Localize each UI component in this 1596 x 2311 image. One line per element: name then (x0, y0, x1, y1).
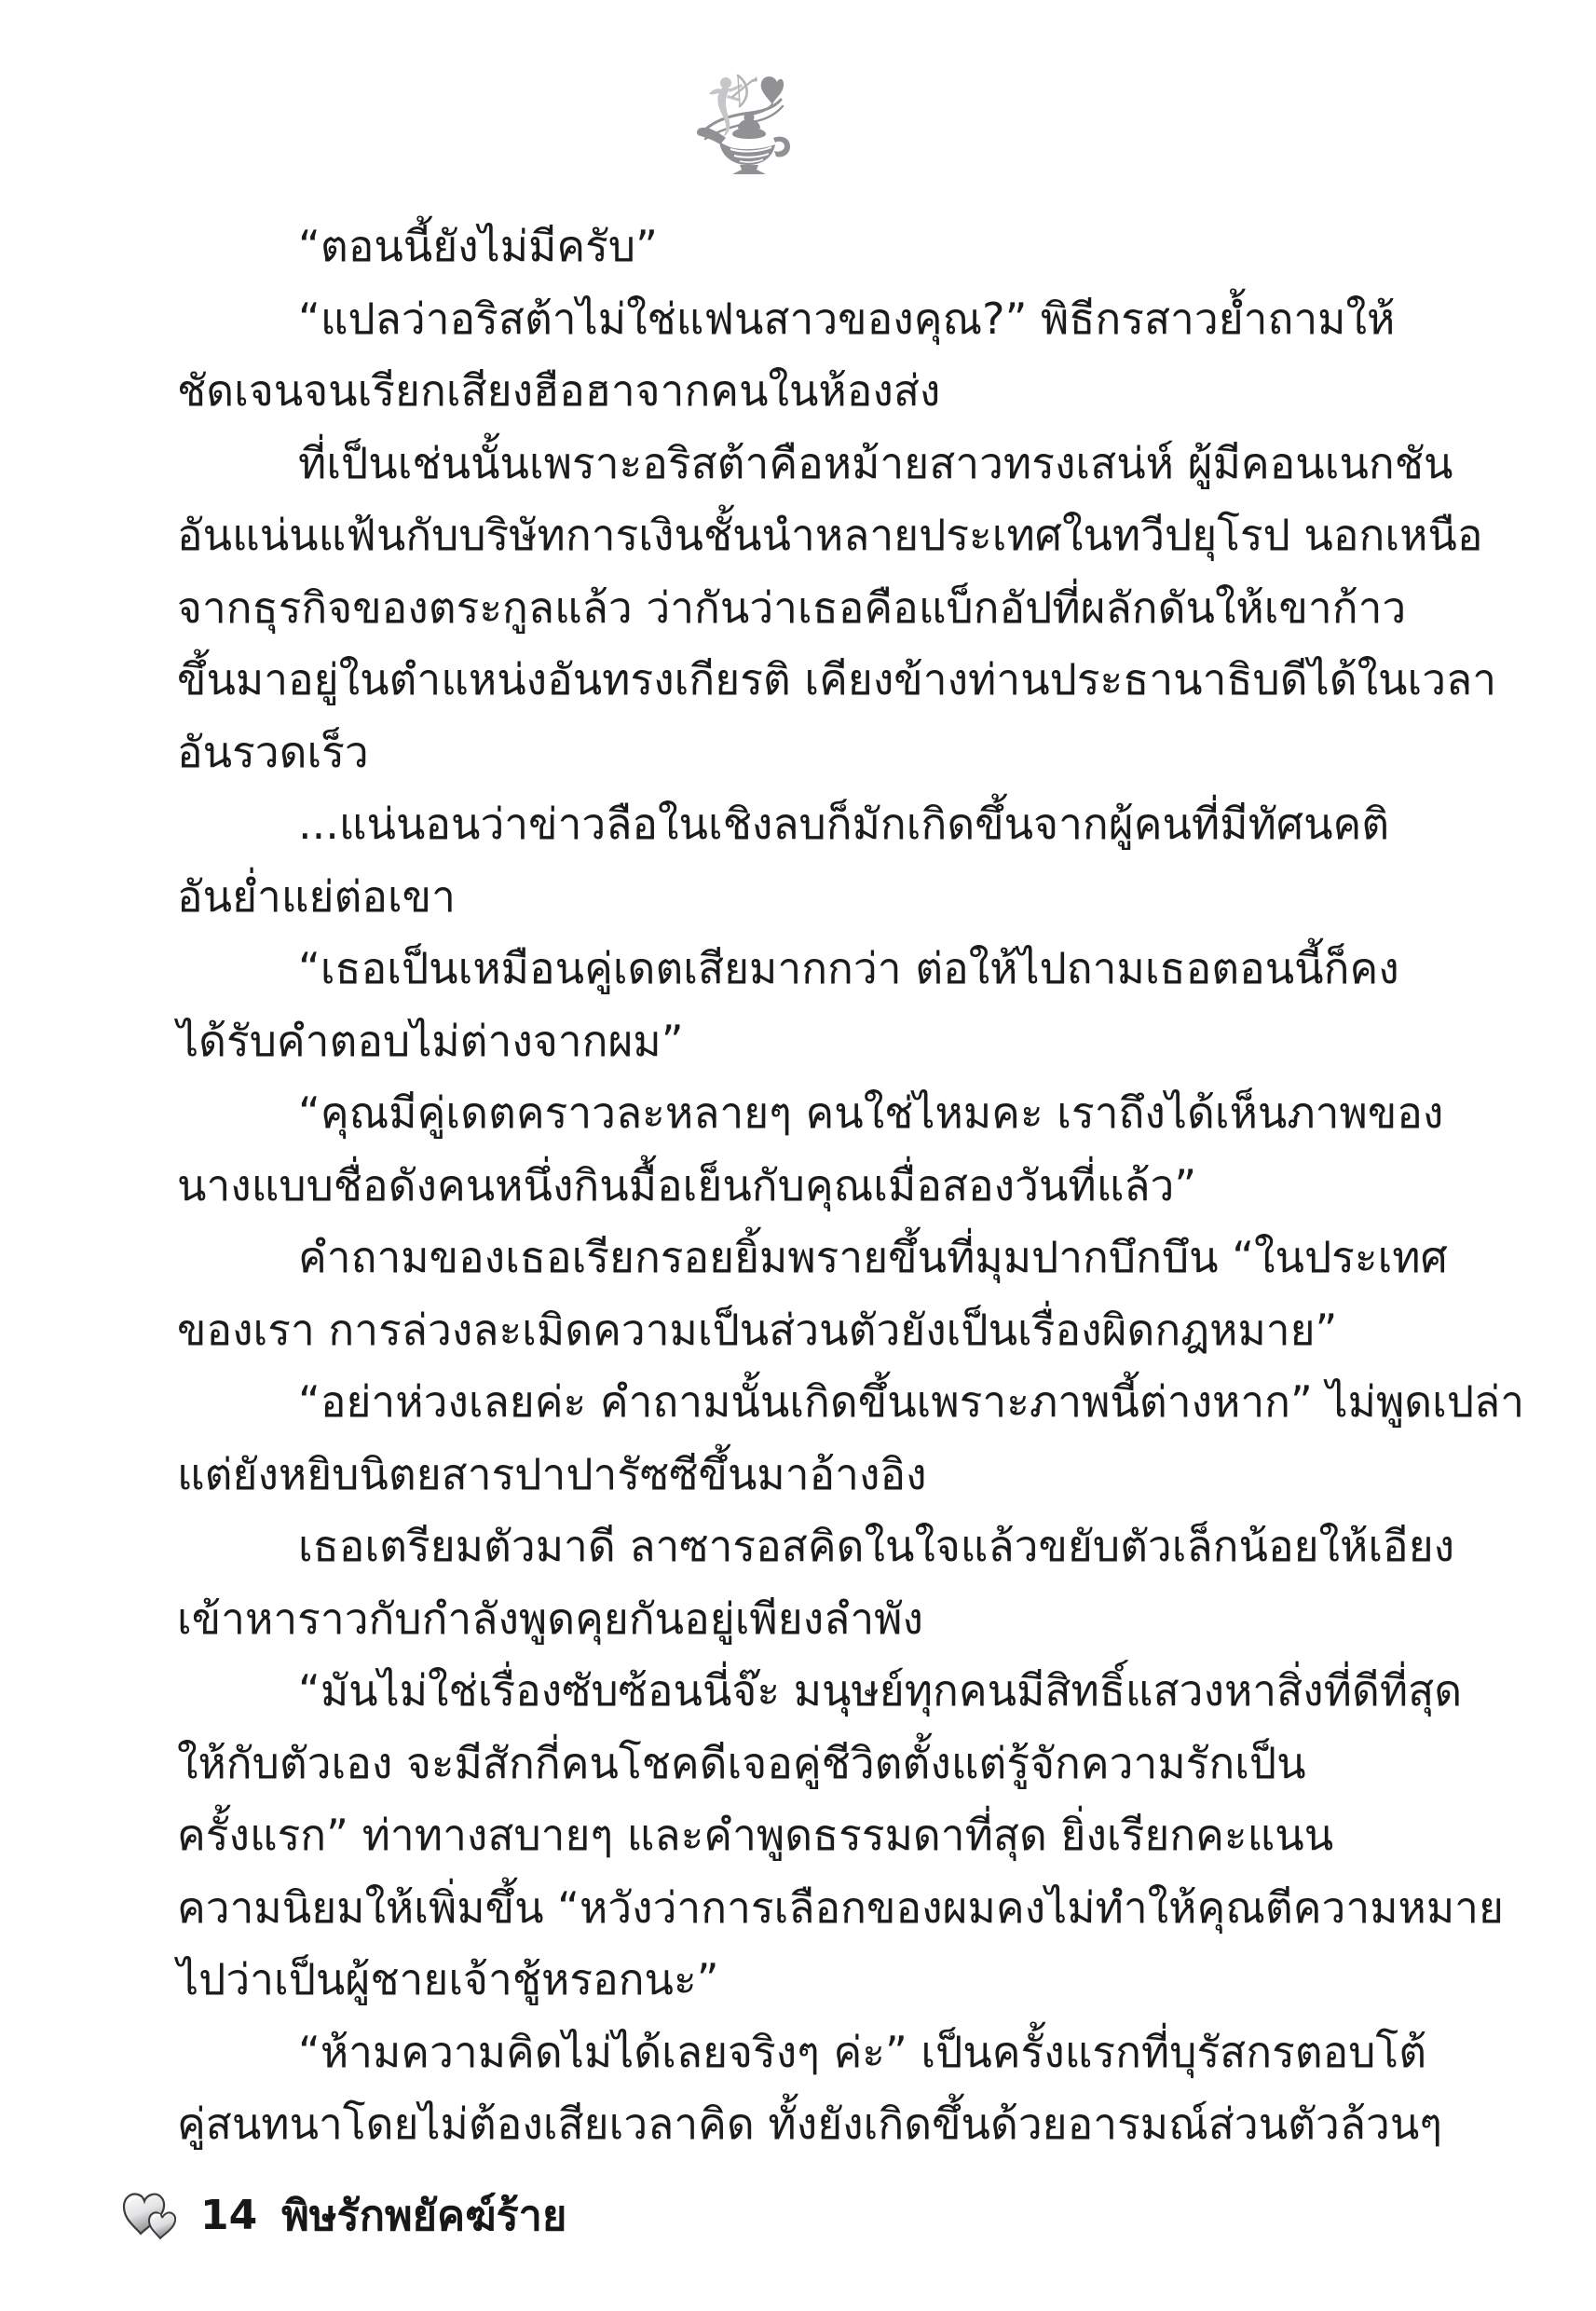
text-line: ไปว่าเป็นผู้ชายเจ้าชู้หรอกนะ” (177, 1944, 1366, 2017)
text-line: จากธุรกิจของตระกูลแล้ว ว่ากันว่าเธอคือแบ… (177, 572, 1366, 645)
text-line: ได้รับคำตอบไม่ต่างจากผม” (177, 1005, 1366, 1078)
body-text-block: “ตอนนี้ยังไม่มีครับ”“แปลว่าอริสต้าไม่ใช่… (177, 211, 1366, 2161)
cupid-genie-lamp-icon (695, 71, 794, 177)
text-line: เธอเตรียมตัวมาดี ลาซารอสคิดในใจแล้วขยับต… (177, 1511, 1366, 1583)
text-line: ชัดเจนจนเรียกเสียงฮือฮาจากคนในห้องส่ง (177, 355, 1366, 428)
text-line: คู่สนทนาโดยไม่ต้องเสียเวลาคิด ทั้งยังเกิ… (177, 2088, 1366, 2161)
text-line: ที่เป็นเช่นนั้นเพราะอริสต้าคือหม้ายสาวทร… (177, 428, 1366, 500)
page-footer: 14 พิษรักพยัคฆ์ร้าย (122, 2188, 566, 2242)
book-page: “ตอนนี้ยังไม่มีครับ”“แปลว่าอริสต้าไม่ใช่… (0, 0, 1596, 2311)
text-line: แต่ยังหยิบนิตยสารปาปารัซซีขึ้นมาอ้างอิง (177, 1439, 1366, 1511)
page-number: 14 (200, 2192, 257, 2239)
text-line: ...แน่นอนว่าข่าวลือในเชิงลบก็มักเกิดขึ้น… (177, 788, 1366, 861)
text-line: อันย่ำแย่ต่อเขา (177, 861, 1366, 934)
double-hearts-icon (122, 2190, 176, 2240)
text-line: ครั้งแรก” ท่าทางสบายๆ และคำพูดธรรมดาที่ส… (177, 1799, 1366, 1872)
text-line: “แปลว่าอริสต้าไม่ใช่แฟนสาวของคุณ?” พิธีก… (177, 283, 1366, 356)
text-line: “ห้ามความคิดไม่ได้เลยจริงๆ ค่ะ” เป็นครั้… (177, 2017, 1366, 2089)
text-line: “เธอเป็นเหมือนคู่เดตเสียมากกว่า ต่อให้ไป… (177, 933, 1366, 1005)
text-line: “คุณมีคู่เดตคราวละหลายๆ คนใช่ไหมคะ เราถึ… (177, 1077, 1366, 1150)
text-line: ขึ้นมาอยู่ในตำแหน่งอันทรงเกียรติ เคียงข้… (177, 644, 1366, 717)
text-line: “อย่าห่วงเลยค่ะ คำถามนั้นเกิดขึ้นเพราะภา… (177, 1366, 1366, 1439)
text-line: ให้กับตัวเอง จะมีสักกี่คนโชคดีเจอคู่ชีวิ… (177, 1728, 1366, 1800)
text-line: ของเรา การล่วงละเมิดความเป็นส่วนตัวยังเป… (177, 1294, 1366, 1367)
text-line: อันแน่นแฟ้นกับบริษัทการเงินชั้นนำหลายประ… (177, 499, 1366, 572)
text-line: คำถามของเธอเรียกรอยยิ้มพรายขึ้นที่มุมปาก… (177, 1222, 1366, 1294)
text-line: อันรวดเร็ว (177, 717, 1366, 789)
text-line: นางแบบชื่อดังคนหนึ่งกินมื้อเย็นกับคุณเมื… (177, 1150, 1366, 1223)
text-line: “ตอนนี้ยังไม่มีครับ” (177, 211, 1366, 283)
text-line: เข้าหาราวกับกำลังพูดคุยกันอยู่เพียงลำพัง (177, 1583, 1366, 1656)
book-title: พิษรักพยัคฆ์ร้าย (281, 2181, 566, 2249)
text-line: “มันไม่ใช่เรื่องซับซ้อนนี่จ๊ะ มนุษย์ทุกค… (177, 1655, 1366, 1728)
text-line: ความนิยมให้เพิ่มขึ้น “หวังว่าการเลือกของ… (177, 1872, 1366, 1945)
